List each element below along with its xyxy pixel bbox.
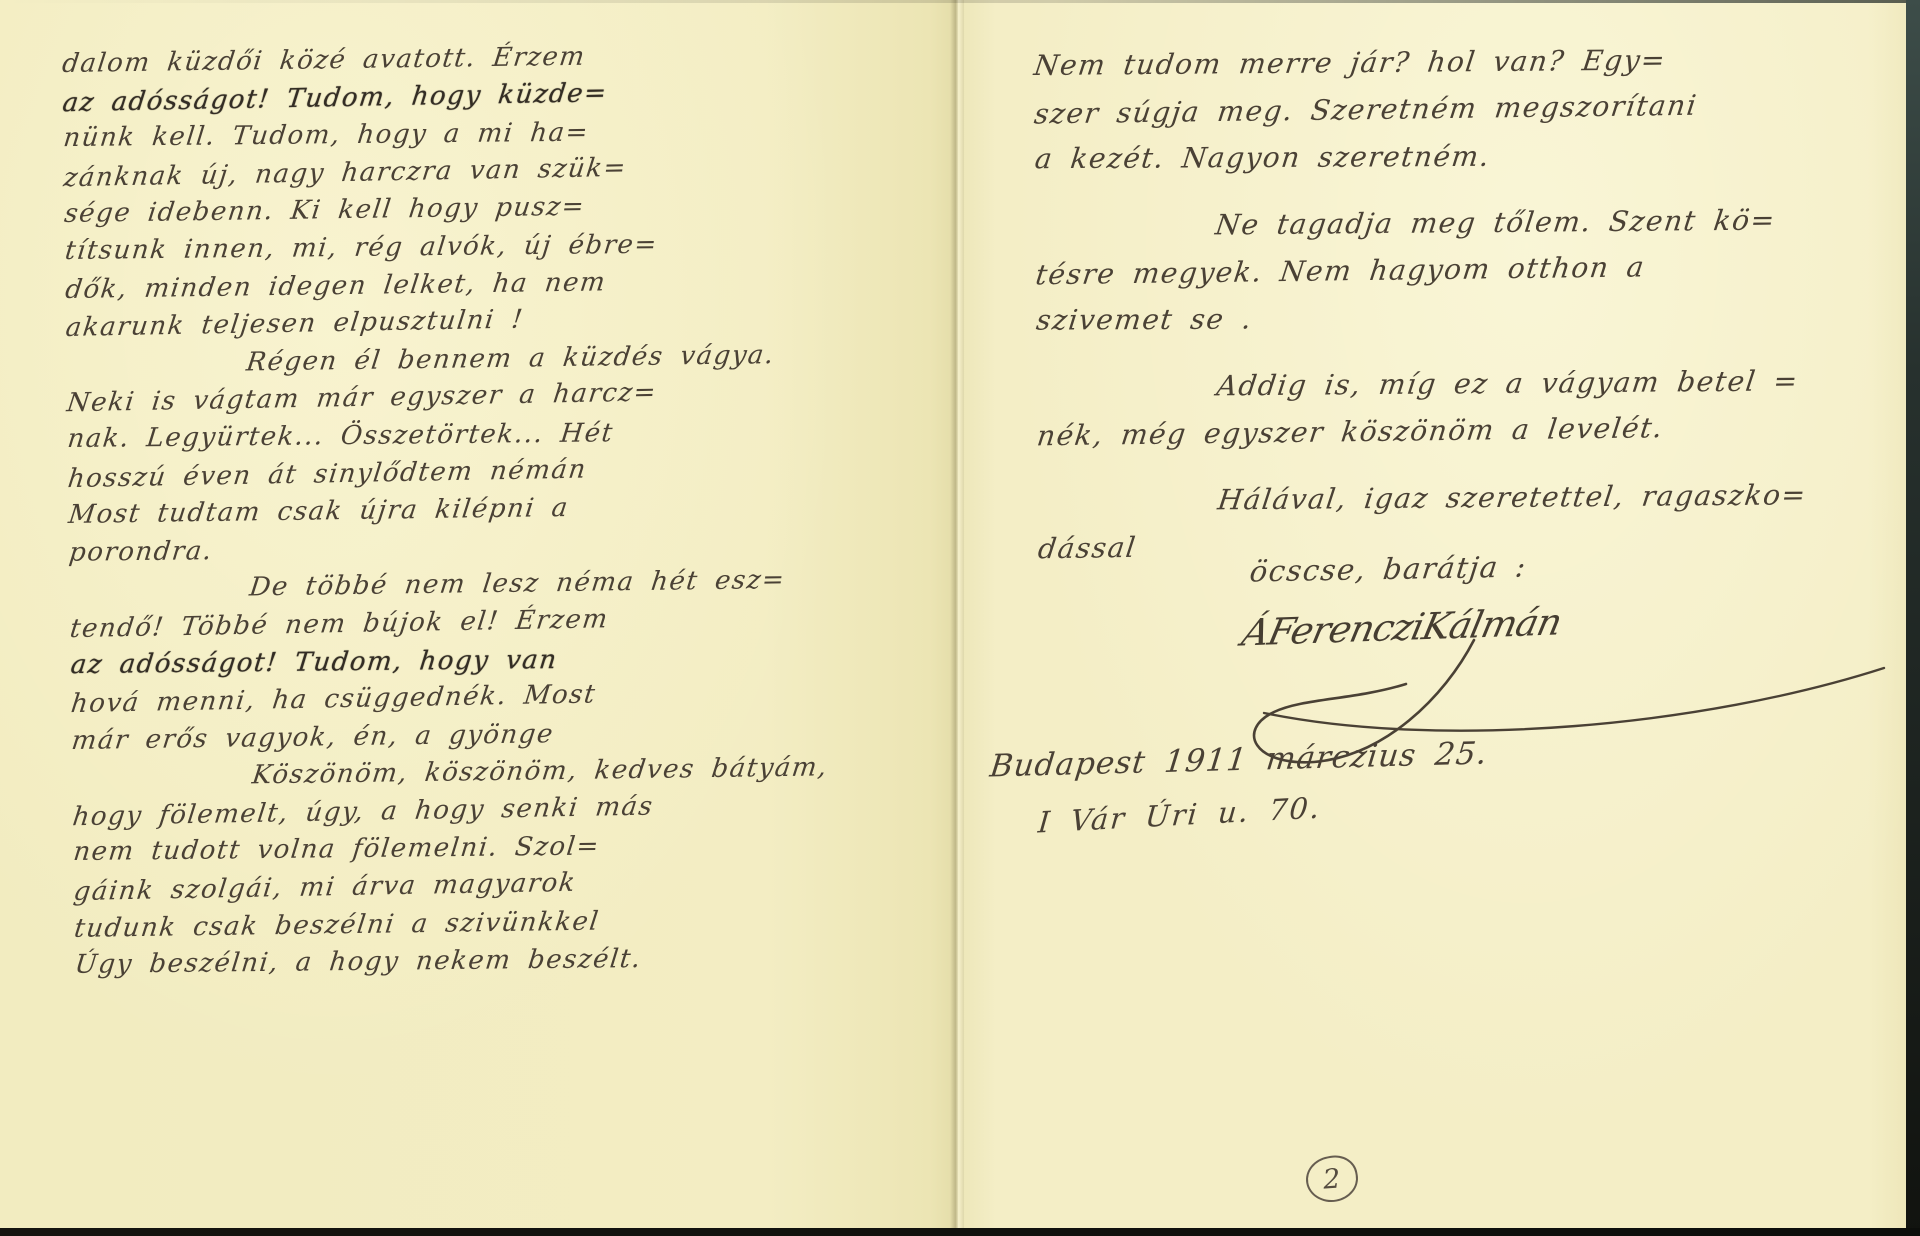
handwritten-letter-scan: dalom küzdői közé avatott. Érzemaz adóss…: [0, 0, 1920, 1236]
letter-line: Úgy beszélni, a hogy nekem beszélt.: [75, 938, 835, 986]
letter-line: Nem tudom merre jár? hol van? Egy=: [1034, 35, 1834, 89]
paragraph: dalom küzdői közé avatott. Érzemaz adóss…: [62, 35, 826, 346]
letter-line: Hálával, igaz szeretettel, ragaszko=: [1038, 471, 1838, 525]
paragraph: Nem tudom merre jár? hol van? Egy=szer s…: [1034, 35, 1835, 183]
paragraph: Addig is, míg ez a vágyam betel =nék, mé…: [1037, 357, 1838, 458]
page-1-text: dalom küzdői közé avatott. Érzemaz adóss…: [62, 35, 835, 985]
valediction-text: öcscse, barátja :: [1248, 550, 1529, 589]
page-fold-seam: [950, 0, 964, 1228]
letter-line: szivemet se .: [1036, 290, 1836, 344]
letter-page-2: Nem tudom merre jár? hol van? Egy=szer s…: [958, 0, 1906, 1228]
letter-line: nék, még egyszer köszönöm a levelét.: [1037, 404, 1837, 458]
page-number-badge: 2: [1302, 1152, 1361, 1206]
scan-edge-top: [0, 0, 1920, 3]
page-number-text: 2: [1322, 1163, 1341, 1195]
paragraph: Köszönöm, köszönöm, kedves bátyám,hogy f…: [72, 750, 835, 986]
page-2-text: Nem tudom merre jár? hol van? Egy=szer s…: [1034, 35, 1839, 592]
address-line: I Vár Úri u. 70.: [1037, 791, 1322, 840]
letter-line: szer súgja meg. Szeretném megszorítani: [1034, 82, 1834, 136]
scan-edge-right: [1906, 0, 1920, 1236]
valediction-line: öcscse, barátja :: [1250, 550, 1527, 589]
paragraph: Ne tagadja meg tőlem. Szent kö=tésre meg…: [1035, 196, 1836, 344]
paragraph: Régen él bennem a küzdés vágya.Neki is v…: [66, 336, 829, 572]
address-text: I Vár Úri u. 70.: [1037, 790, 1323, 839]
letter-page-1: dalom küzdői közé avatott. Érzemaz adóss…: [0, 0, 958, 1228]
letter-line: Ne tagadja meg tőlem. Szent kö=: [1035, 196, 1835, 250]
paragraph: De többé nem lesz néma hét esz=tendő! Tö…: [69, 562, 832, 761]
letter-line: Addig is, míg ez a vágyam betel =: [1037, 357, 1837, 411]
letter-line: tésre megyek. Nem hagyom otthon a: [1036, 243, 1836, 297]
letter-line: a kezét. Nagyon szeretném.: [1035, 129, 1835, 183]
scan-edge-bottom: [0, 1228, 1920, 1236]
